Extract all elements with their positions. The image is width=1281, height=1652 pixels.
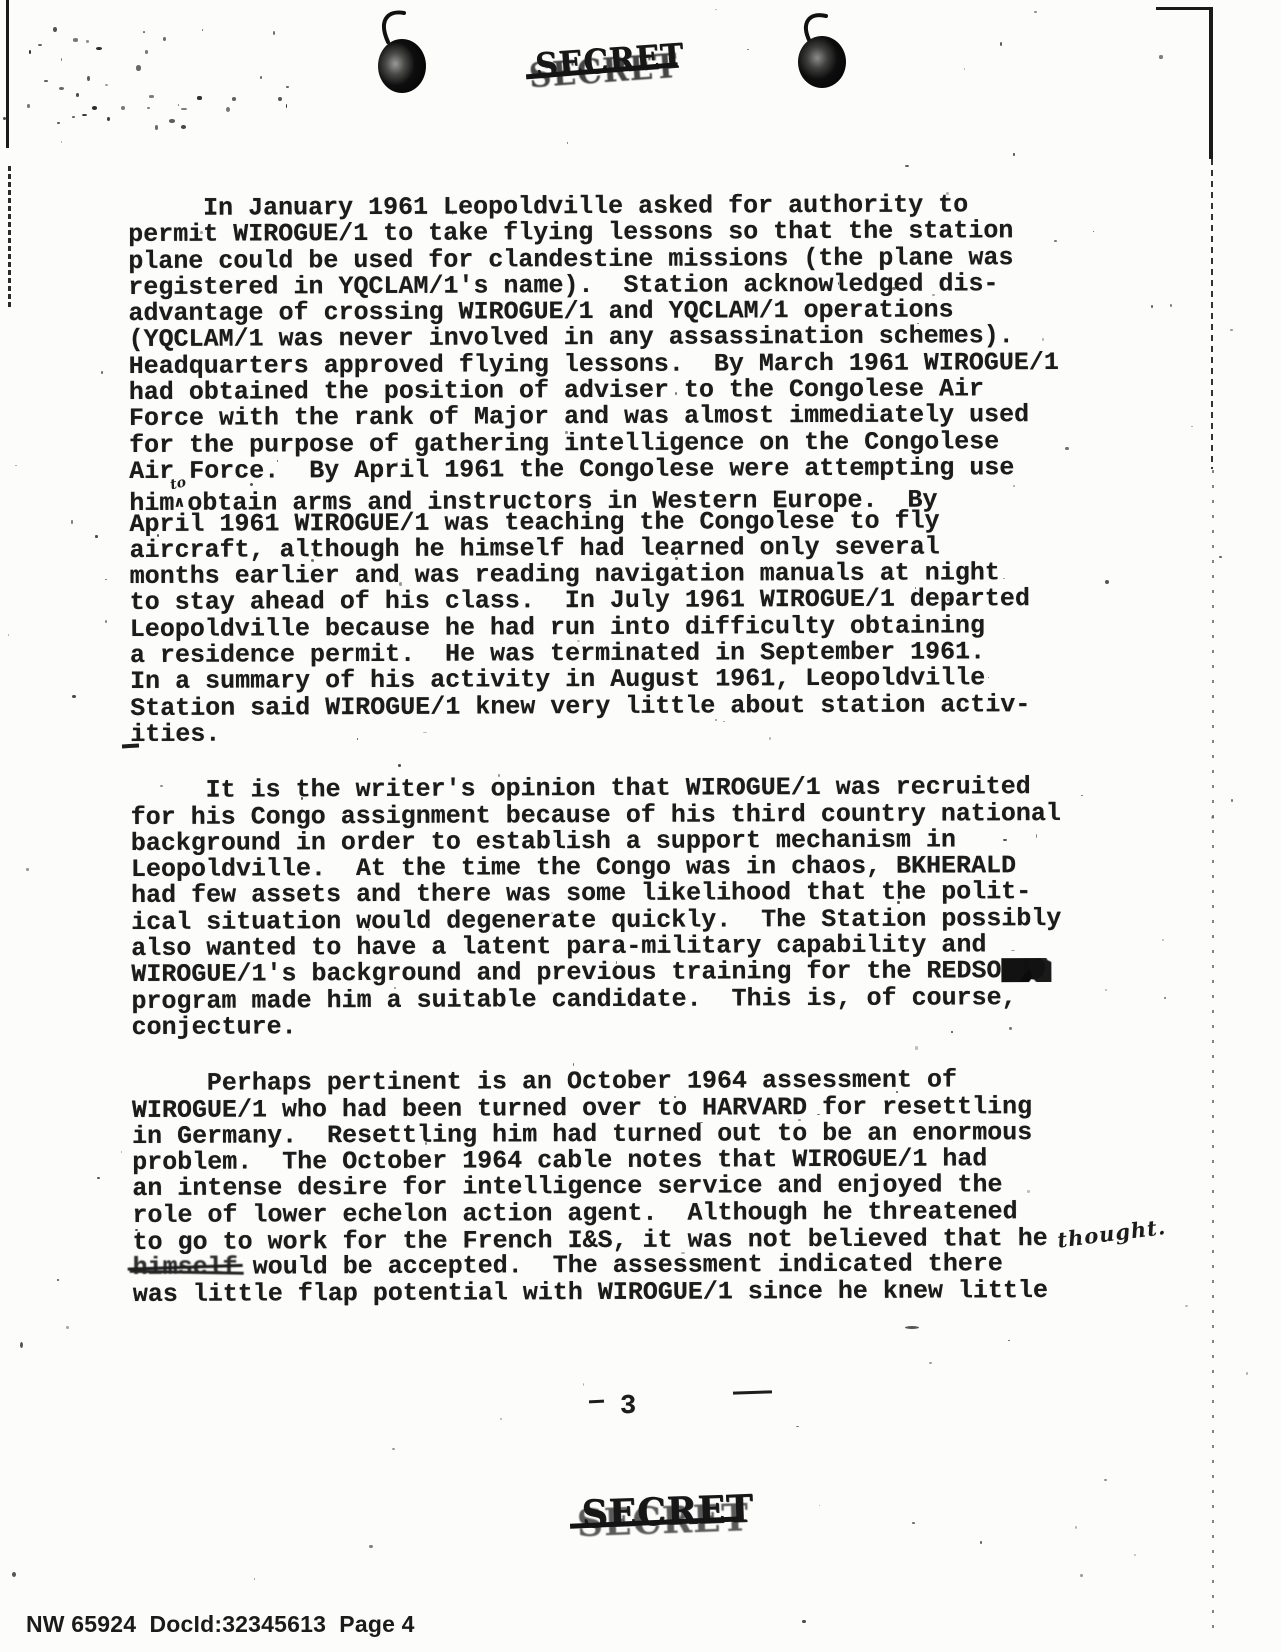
noise-speck [1105,580,1109,584]
noise-speck [181,125,186,129]
noise-speck [1162,939,1164,941]
noise-speck [1034,11,1036,13]
document-page: SECRET SECRET In January 1961 Leopoldvil… [0,0,1281,1652]
noise-speck [1104,1479,1107,1480]
noise-speck [260,76,262,79]
noise-speck [29,50,31,55]
noise-speck [964,68,965,69]
noise-speck [105,620,107,623]
noise-speck [369,1545,372,1548]
noise-speck [15,465,18,466]
noise-speck [38,44,42,46]
noise-speck [1219,556,1222,558]
noise-speck [27,104,30,107]
noise-speck [1151,305,1153,308]
noise-speck [105,84,108,86]
secret-stamp-bottom-text: SECRET [581,1487,755,1537]
noise-speck [57,122,61,124]
text-line: was little flap potential with WIROGUE/1… [133,1277,1103,1308]
noise-speck [254,1578,255,1580]
grommet-tail-curl [384,12,404,42]
noise-speck [1230,329,1233,330]
paragraph: It is the writer's opinion that WIROGUE/… [131,774,1102,1041]
paragraph: In January 1961 Leopoldville asked for a… [128,192,1100,748]
noise-speck [57,1279,59,1281]
noise-speck [583,1383,584,1386]
scan-edge-line-left-top [6,0,9,148]
noise-speck [101,371,104,374]
noise-speck [72,116,76,118]
noise-speck [796,1426,799,1428]
noise-speck [197,96,201,99]
noise-speck [286,104,288,108]
noise-speck [1159,55,1163,58]
noise-speck [929,1362,932,1364]
text-line: conjecture. [132,1011,1102,1042]
noise-speck [178,104,179,106]
insertion-caret-icon: ∧ [173,489,185,515]
noise-speck [1008,1340,1010,1341]
noise-speck [715,9,716,11]
noise-speck [1105,989,1107,991]
noise-speck [59,87,64,90]
text-line: program made him a suitable candidate. T… [131,984,1101,1015]
noise-speck [1170,304,1172,307]
noise-speck [92,106,97,110]
page-number: 3 [620,1392,636,1422]
noise-speck [86,40,88,42]
grommet-circle [378,39,426,93]
archive-footer: NW 65924 DocId:32345613 Page 4 [26,1611,415,1638]
noise-speck [273,31,275,35]
noise-speck [26,868,29,870]
noise-speck [169,119,174,122]
noise-speck [147,107,150,109]
noise-speck [73,38,78,41]
stray-mark [589,1400,604,1404]
noise-speck [286,86,288,88]
text-line: ities. [130,718,1100,749]
document-body: In January 1961 Leopoldville asked for a… [128,192,1103,1338]
noise-speck [278,97,282,101]
noise-speck [76,93,79,98]
struck-out-word: himself [133,1253,238,1282]
noise-speck [1075,1526,1077,1529]
noise-speck [1000,42,1002,46]
noise-speck [121,1151,123,1153]
noise-speck [61,141,63,143]
noise-speck [1191,426,1193,428]
hole-punch-mark-right [772,10,868,106]
stray-mark [733,1390,772,1394]
paragraph: Perhaps pertinent is an October 1964 ass… [132,1067,1103,1308]
scan-edge-line-right-dashed [1211,159,1213,469]
scan-edge-corner-tick [1156,7,1212,10]
noise-speck [392,1448,395,1450]
noise-speck [136,65,141,70]
noise-speck [912,1522,914,1524]
noise-speck [143,31,145,33]
noise-speck [121,106,125,110]
secret-stamp-bottom: SECRET SECRET [581,1487,733,1558]
noise-speck [1246,1372,1248,1374]
noise-speck [44,80,49,82]
scan-edge-line-right-solid [1209,7,1213,159]
grommet-circle [798,36,846,88]
noise-speck [1013,153,1014,155]
noise-speck [72,695,76,698]
noise-speck [232,97,237,101]
text-line: Station said WIROGUE/1 knew very little … [130,691,1100,722]
text-line: Air Force. By April 1961 the Congolese w… [129,455,1099,486]
noise-speck [1185,1305,1188,1307]
noise-speck [61,58,63,61]
noise-speck [500,1418,502,1420]
noise-speck [105,579,107,580]
scan-edge-line-left-lower [8,166,11,308]
noise-speck [53,27,57,32]
noise-speck [1080,1574,1082,1577]
noise-speck [97,1177,99,1179]
noise-speck [905,165,908,168]
ink-smudge [1001,958,1051,982]
noise-speck [87,76,90,81]
noise-speck [8,634,9,635]
noise-speck [95,535,99,537]
noise-speck [1134,1554,1136,1556]
noise-speck [202,29,204,31]
noise-speck [107,117,110,121]
noise-speck [802,1620,805,1623]
noise-speck [145,50,147,54]
noise-speck [1231,799,1233,802]
noise-speck [82,114,87,116]
noise-speck [980,1541,981,1544]
noise-speck [181,108,186,111]
secret-stamp-top: SECRET SECRET [534,37,678,107]
noise-speck [20,1342,23,1348]
noise-speck [163,37,166,41]
noise-speck [1164,997,1166,999]
noise-speck [149,95,154,98]
noise-speck [66,1326,69,1329]
noise-speck [567,142,569,144]
handwritten-insertion: to∧ [174,485,187,510]
noise-speck [747,49,749,51]
noise-speck [12,1572,16,1577]
noise-speck [819,1505,821,1506]
noise-speck [71,520,73,523]
hole-punch-mark-left [352,8,448,104]
scan-edge-line-right-faint [1212,470,1214,1630]
noise-speck [226,107,230,112]
noise-speck [155,125,158,130]
noise-speck [96,47,101,50]
